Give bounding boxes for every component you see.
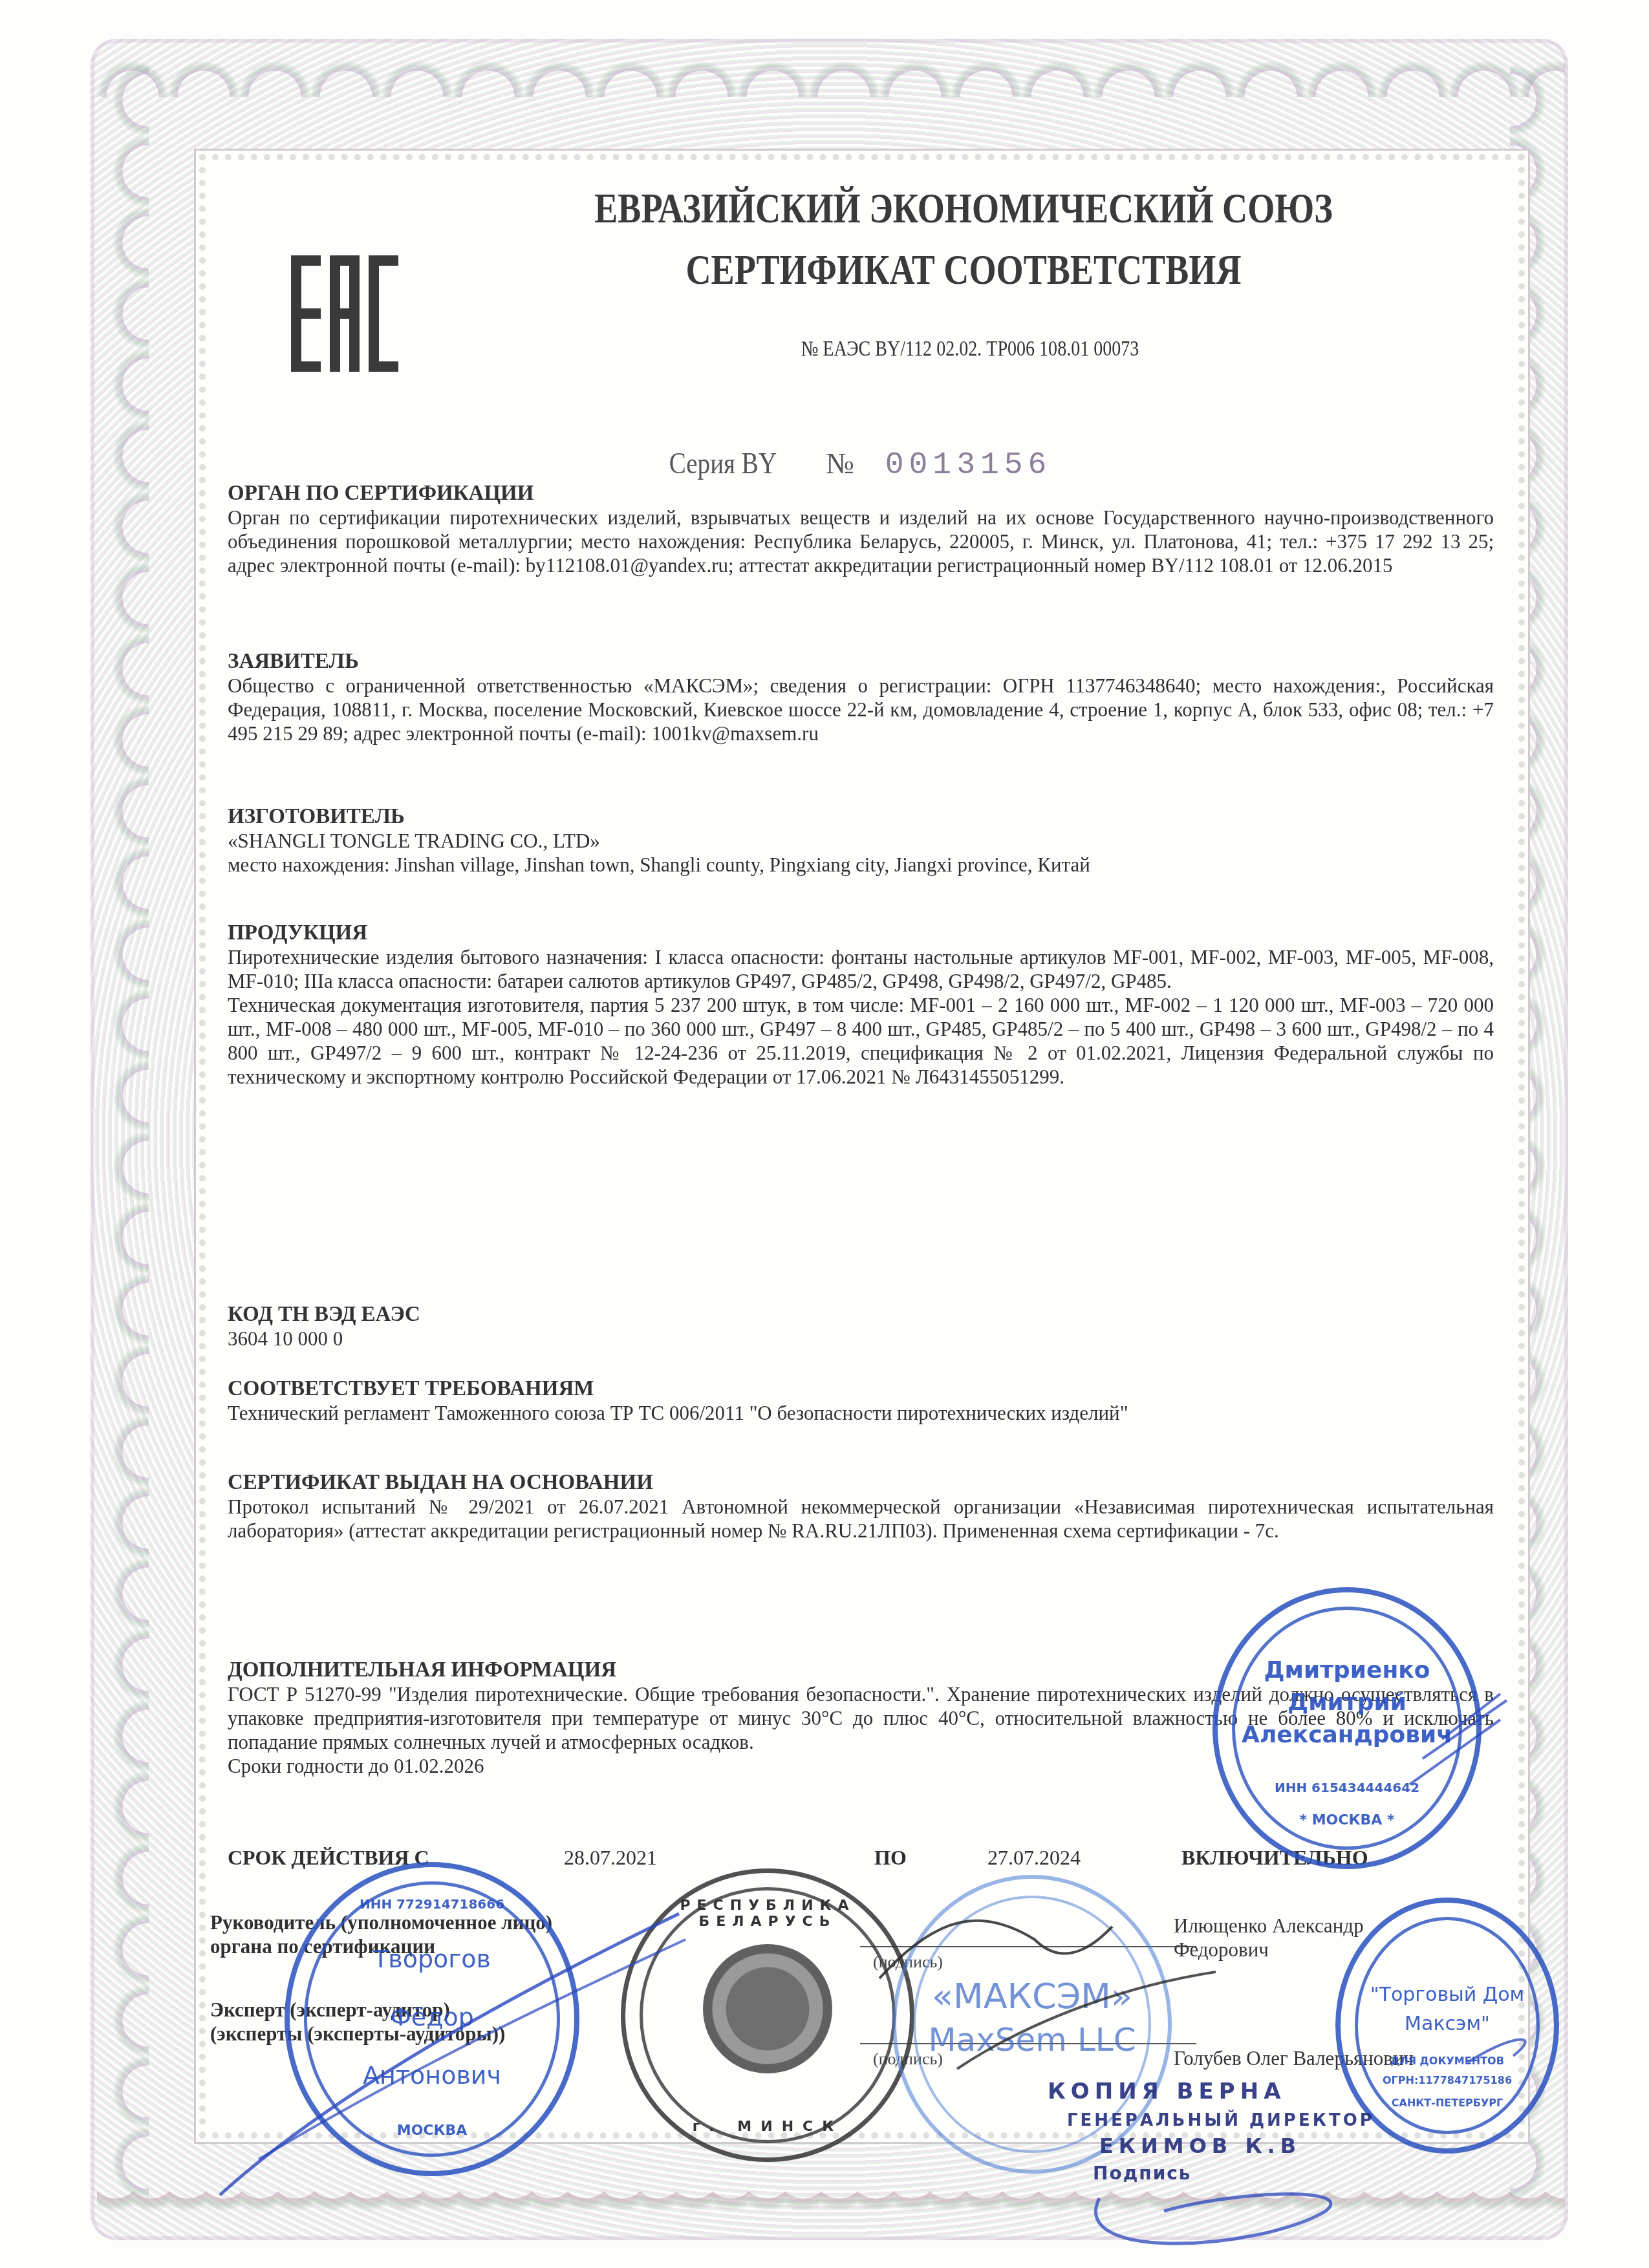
series-no-sign: № (826, 447, 854, 480)
shelf-life: Сроки годности до 01.02.2026 (228, 1754, 1494, 1778)
head-name-line1: Илющенко Александр (1174, 1914, 1364, 1938)
validity-from-date: 28.07.2021 (564, 1846, 657, 1870)
head-name-line2: Федорович (1174, 1938, 1364, 1962)
head-name: Илющенко Александр Федорович (1174, 1914, 1364, 1962)
validity-row: СРОК ДЕЙСТВИЯ С 28.07.2021 ПО 27.07.2024… (228, 1846, 1495, 1878)
copy-signature-label: Подпись (1093, 2163, 1192, 2184)
tn-ved-code-value: 3604 10 000 0 (228, 1327, 1494, 1351)
section-title: ИЗГОТОВИТЕЛЬ (228, 805, 1494, 829)
head-signature-label: Руководитель (уполномоченное лицо) орган… (210, 1910, 552, 1958)
section-applicant: ЗАЯВИТЕЛЬ Общество с ограниченной ответс… (228, 650, 1494, 745)
section-title: ЗАЯВИТЕЛЬ (228, 650, 1494, 674)
manufacturer-address: место нахождения: Jinshan village, Jinsh… (228, 853, 1494, 877)
expert-name: Голубев Олег Валерьянович (1174, 2046, 1414, 2070)
document-title: СЕРТИФИКАТ СООТВЕТСТВИЯ (544, 246, 1383, 295)
expert-signature-line (860, 2043, 1196, 2044)
copy-verified-mark: КОПИЯ ВЕРНА (1048, 2079, 1286, 2104)
section-title: СООТВЕТСТВУЕТ ТРЕБОВАНИЯМ (228, 1377, 1494, 1401)
section-text: Общество с ограниченной ответственностью… (228, 674, 1494, 745)
section-title: КОД ТН ВЭД ЕАЭС (228, 1303, 1494, 1327)
expert-label-line1: Эксперт (эксперт-аудитор) (210, 1998, 505, 2022)
head-label-line2: органа по сертификации (210, 1934, 552, 1958)
series-number: 0013156 (885, 448, 1052, 483)
validity-to-label: ПО (874, 1846, 907, 1870)
series-label: Серия BY (669, 446, 777, 480)
section-tn-ved-code: КОД ТН ВЭД ЕАЭС 3604 10 000 0 (228, 1303, 1494, 1351)
validity-to-date: 27.07.2024 (987, 1846, 1081, 1870)
head-label-line1: Руководитель (уполномоченное лицо) (210, 1910, 552, 1934)
expert-label-line2: (эксперты (эксперты-аудиторы)) (210, 2022, 505, 2046)
expert-signature-caption: (подпись) (873, 2049, 943, 2069)
section-product: ПРОДУКЦИЯ Пиротехнические изделия бытово… (228, 921, 1494, 1089)
eac-letter-c-icon (369, 255, 398, 372)
section-title: СЕРТИФИКАТ ВЫДАН НА ОСНОВАНИИ (228, 1471, 1494, 1495)
section-certification-body: ОРГАН ПО СЕРТИФИКАЦИИ Орган по сертифика… (228, 482, 1494, 577)
section-manufacturer: ИЗГОТОВИТЕЛЬ «SHANGLI TONGLE TRADING CO.… (228, 805, 1494, 877)
validity-label: СРОК ДЕЙСТВИЯ С (228, 1846, 429, 1870)
head-signature-line (860, 1946, 1196, 1947)
section-additional-info: ДОПОЛНИТЕЛЬНАЯ ИНФОРМАЦИЯ ГОСТ Р 51270-9… (228, 1658, 1494, 1778)
eac-logo-icon (291, 255, 401, 372)
section-text: Протокол испытаний № 29/2021 от 26.07.20… (228, 1495, 1494, 1543)
union-title: ЕВРАЗИЙСКИЙ ЭКОНОМИЧЕСКИЙ СОЮЗ (544, 184, 1383, 233)
section-title: ОРГАН ПО СЕРТИФИКАЦИИ (228, 482, 1494, 506)
section-text: ГОСТ Р 51270-99 "Изделия пиротехнические… (228, 1682, 1494, 1754)
product-documentation: Техническая документация изготовителя, п… (228, 993, 1494, 1089)
series-line: Серия BY № 0013156 (660, 446, 1051, 483)
section-requirements: СООТВЕТСТВУЕТ ТРЕБОВАНИЯМ Технический ре… (228, 1377, 1494, 1425)
certificate-number: № ЕАЭС BY/112 02.02. ТР006 108.01 00073 (640, 337, 1300, 361)
eac-letter-a-icon (330, 255, 360, 372)
section-basis: СЕРТИФИКАТ ВЫДАН НА ОСНОВАНИИ Протокол и… (228, 1471, 1494, 1543)
section-title: ПРОДУКЦИЯ (228, 921, 1494, 945)
head-signature-caption: (подпись) (873, 1952, 943, 1972)
validity-inclusive: ВКЛЮЧИТЕЛЬНО (1181, 1846, 1368, 1870)
eac-letter-e-icon (291, 255, 321, 372)
section-title: ДОПОЛНИТЕЛЬНАЯ ИНФОРМАЦИЯ (228, 1658, 1494, 1682)
copy-director-title: ГЕНЕРАЛЬНЫЙ ДИРЕКТОР (1067, 2111, 1375, 2130)
section-text: Технический регламент Таможенного союза … (228, 1401, 1494, 1425)
expert-signature-label: Эксперт (эксперт-аудитор) (эксперты (экс… (210, 1998, 505, 2046)
product-description: Пиротехнические изделия бытового назначе… (228, 945, 1494, 993)
manufacturer-name: «SHANGLI TONGLE TRADING CO., LTD» (228, 829, 1494, 853)
section-text: Орган по сертификации пиротехнических из… (228, 506, 1494, 577)
copy-director-name: ЕКИМОВ К.В (1099, 2134, 1301, 2158)
